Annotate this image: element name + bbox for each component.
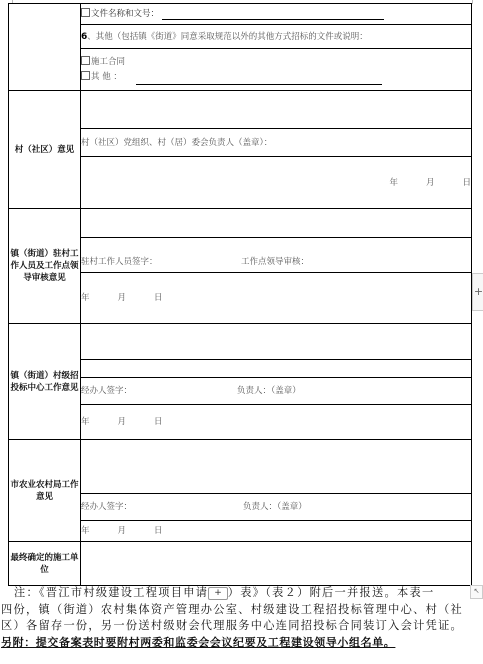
filename-input-line[interactable]: [162, 10, 384, 20]
person-in-charge-label: 负责人：（盖章）: [237, 386, 301, 396]
date-day: 日: [154, 526, 163, 536]
date-year: 年: [81, 293, 90, 303]
other-option[interactable]: 其 他 ：: [81, 70, 471, 85]
attachment-note: 另附：提交备案表时要附村两委和监委会会议纪要及工程建设领导小组名单。: [1, 636, 395, 649]
agri-date-cell: 年月日: [81, 521, 472, 542]
handler-sign-label: 经办人签字：: [81, 501, 243, 513]
note-line-3: 区）各留存一份，另一份送村级财会代理服务中心连同招投标合同装订入会计凭证。: [1, 618, 483, 635]
top-label-cell: [9, 4, 81, 91]
date-year: 年: [81, 417, 90, 427]
date-month: 月: [118, 293, 127, 303]
contract-cell: 施工合同 其 他 ：: [81, 49, 472, 91]
bidding-row-1: 镇（街道）村级招投标中心工作意见: [9, 324, 472, 360]
agri-row-1: 市农业农村局工作意见: [9, 440, 472, 494]
bidding-blank-cell: [81, 360, 472, 378]
bidding-date-cell: 年月日: [81, 405, 472, 440]
contract-label: 施工合同: [91, 57, 125, 67]
approval-form-table: 文件名称和文号： 6、其他（包括镇《街道》同意采取规范以外的其他方式招标的文件或…: [8, 3, 472, 586]
other-6-text: 、其他（包括镇《街道》同意采取规范以外的其他方式招标的文件或说明：: [87, 32, 368, 42]
other-label: 其 他 ：: [91, 72, 122, 82]
village-opinion-text-area[interactable]: [81, 91, 472, 129]
date-day: 日: [154, 293, 163, 303]
town-staff-date-cell: 年月日: [81, 273, 472, 324]
date-month: 月: [426, 178, 435, 188]
checkbox-icon[interactable]: [81, 8, 90, 17]
note-line-1: 注：《晋江市村级建设工程项目申请+）表》（表２）附后一并报送。本表一: [14, 585, 483, 602]
row-filename: 文件名称和文号：: [9, 4, 472, 25]
town-staff-row-1: 镇（街道）驻村工作人员及工作点领导审核意见: [9, 209, 472, 238]
other-6-cell: 6、其他（包括镇《街道》同意采取规范以外的其他方式招标的文件或说明：: [81, 25, 472, 49]
resize-corner-icon[interactable]: ↖: [470, 585, 483, 599]
add-row-button[interactable]: +: [472, 273, 483, 311]
date-day: 日: [462, 178, 471, 188]
handler-sign-label: 经办人签字：: [81, 385, 237, 397]
final-contractor-row: 最终确定的施工单位: [9, 542, 472, 586]
bidding-sign-cell: 经办人签字：负责人：（盖章）: [81, 378, 472, 405]
date-month: 月: [118, 417, 127, 427]
date-year: 年: [81, 526, 90, 536]
village-opinion-row-1: 村（社区）意见: [9, 91, 472, 129]
village-date-cell: 年月日: [81, 157, 472, 209]
checkbox-icon[interactable]: [81, 71, 90, 80]
leader-review-label: 工作点领导审核：: [241, 257, 309, 267]
filename-label: 文件名称和文号：: [91, 9, 159, 19]
staff-sign-label: 驻村工作人员签字：: [81, 256, 241, 268]
filename-cell: 文件名称和文号：: [81, 4, 472, 25]
date-year: 年: [389, 178, 398, 188]
date-month: 月: [118, 526, 127, 536]
town-staff-text-area[interactable]: [81, 209, 472, 238]
village-signer-cell: 村（社区）党组织、村（居）委会负责人（盖章）：: [81, 129, 472, 157]
date-day: 日: [154, 417, 163, 427]
agri-text-area[interactable]: [81, 440, 472, 494]
contract-option[interactable]: 施工合同: [81, 55, 471, 70]
final-contractor-label: 最终确定的施工单位: [9, 542, 81, 586]
agri-bureau-opinion-label: 市农业农村局工作意见: [9, 440, 81, 542]
town-staff-opinion-label: 镇（街道）驻村工作人员及工作点领导审核意见: [9, 209, 81, 324]
bidding-text-area[interactable]: [81, 324, 472, 360]
bidding-center-opinion-label: 镇（街道）村级招投标中心工作意见: [9, 324, 81, 440]
checkbox-icon[interactable]: [81, 56, 90, 65]
agri-sign-cell: 经办人签字：负责人：（盖章）: [81, 494, 472, 521]
person-in-charge-label: 负责人：（盖章）: [243, 502, 307, 512]
other-input-line[interactable]: [136, 75, 382, 85]
note-text: ）表》（表２）附后一并报送。本表一: [228, 586, 435, 599]
note-text: 注：《晋江市村级建设工程项目申请: [14, 586, 208, 599]
note-line-4: 另附：提交备案表时要附村两委和监委会会议纪要及工程建设领导小组名单。: [1, 635, 483, 652]
final-contractor-field[interactable]: [81, 542, 472, 586]
page-corner-mark: [472, 0, 477, 4]
village-opinion-label: 村（社区）意见: [9, 91, 81, 209]
inline-add-button[interactable]: +: [208, 587, 228, 600]
note-line-2: 四份，镇（街道）农村集体资产管理办公室、村级建设工程招投标管理中心、村（社: [1, 602, 483, 619]
footnote: 注：《晋江市村级建设工程项目申请+）表》（表２）附后一并报送。本表一 四份，镇（…: [14, 585, 483, 651]
town-staff-sign-cell: 驻村工作人员签字：工作点领导审核：: [81, 238, 472, 273]
